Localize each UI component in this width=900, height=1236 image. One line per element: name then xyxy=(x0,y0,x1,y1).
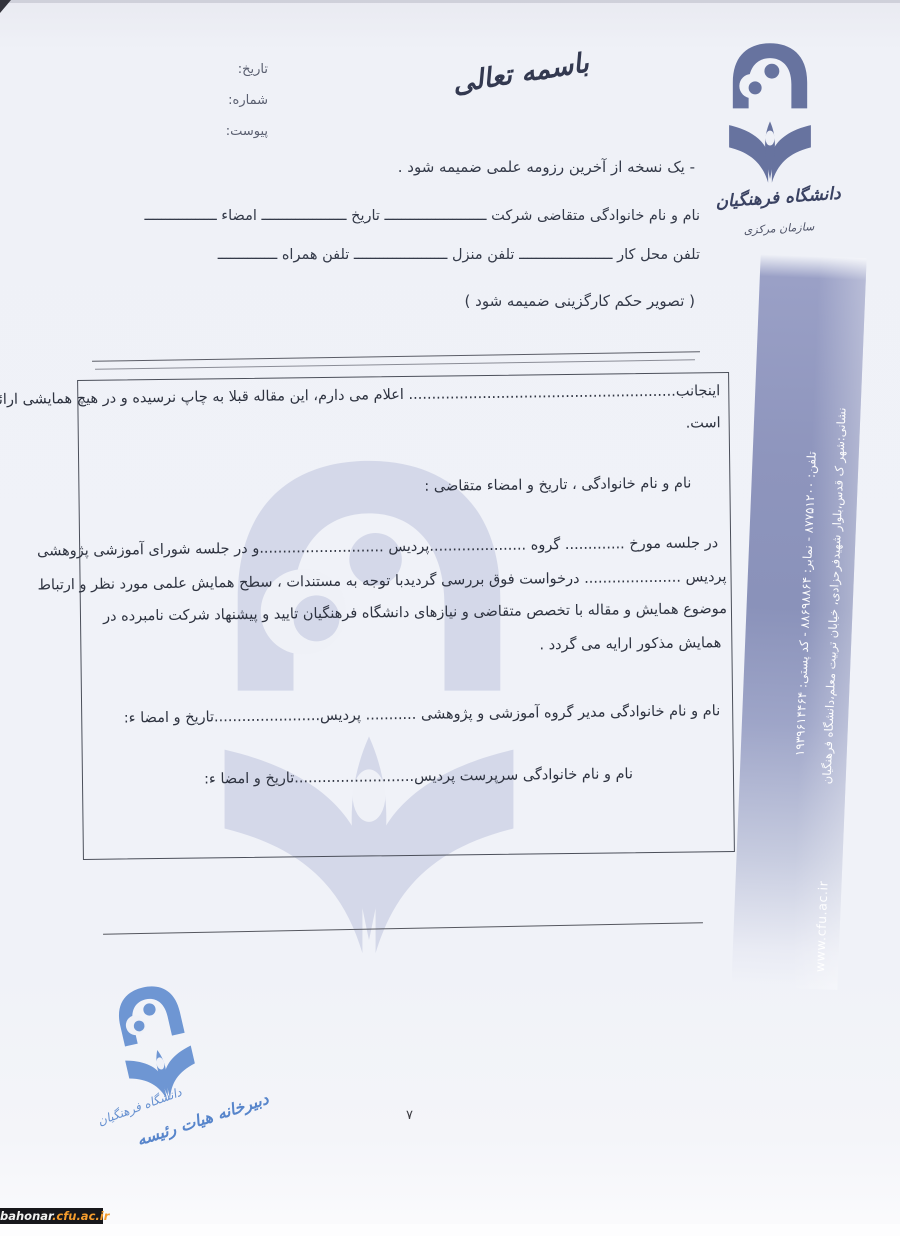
applicant-name-blank-line: نام و نام خانوادگی متقاضی شرکت ـــــــــ… xyxy=(144,208,700,224)
page-number: ۷ xyxy=(406,1108,413,1123)
date-label: تاریخ: xyxy=(226,54,268,85)
secretariat-stamp: دانشگاه فرهنگیان دبیرخانه هیات رئیسه xyxy=(75,941,349,1170)
scanned-document-page: تاریخ: شماره: پیوست: باسمه تعالی دانشگاه… xyxy=(0,0,900,1236)
site-watermark-rest: .cfu.ac.ir xyxy=(52,1209,109,1223)
attachment-label: پیوست: xyxy=(226,116,268,147)
council-paragraph-line2: پردیس ..................... درخواست فوق … xyxy=(38,569,727,593)
separator-rule-lower xyxy=(95,359,695,369)
sidebar-website: www.cfu.ac.ir xyxy=(812,842,832,972)
declaration-intro-line1: اینجانب.................................… xyxy=(0,383,720,408)
group-head-signature-line: نام و نام خانوادگی مدیر گروه آموزشی و پژ… xyxy=(124,703,721,726)
meta-labels: تاریخ: شماره: پیوست: xyxy=(226,54,268,147)
council-paragraph-line1: در جلسه مورخ ............. گروه ........… xyxy=(37,535,718,559)
note-decree: ( تصویر حکم کارگزینی ضمیمه شود ) xyxy=(465,292,695,310)
scan-corner-mark xyxy=(0,0,11,13)
declaration-box: اینجانب.................................… xyxy=(77,372,735,860)
site-watermark-bold: bahonar xyxy=(0,1209,52,1223)
site-watermark-badge: bahonar.cfu.ac.ir xyxy=(0,1208,103,1224)
council-paragraph-line3: موضوع همایش و مقاله با تخصص متقاضی و نیا… xyxy=(103,601,727,625)
declaration-intro-line2: است. xyxy=(686,415,721,431)
scan-edge-top xyxy=(0,0,900,3)
campus-supervisor-signature-line: نام و نام خانوادگی سرپرست پردیس.........… xyxy=(204,766,633,787)
applicant-signature-line: نام و نام خانوادگی ، تاریخ و امضاء متقاض… xyxy=(424,476,691,495)
sidebar-address: نشانی:شهر ک قدس،بلوار شهیدفرحزادی، خیابا… xyxy=(818,407,850,827)
besmellah-calligraphy: باسمه تعالی xyxy=(450,47,591,99)
university-subtitle: سازمان مرکزی xyxy=(732,220,827,238)
sidebar-contact-band: نشانی:شهر ک قدس،بلوار شهیدفرحزادی، خیابا… xyxy=(731,254,866,990)
scan-edge-bottom xyxy=(0,1224,900,1236)
council-paragraph-line4: همایش مذکور ارایه می گردد . xyxy=(539,635,721,653)
note-resume: - یک نسخه از آخرین رزومه علمی ضمیمه شود … xyxy=(398,158,695,176)
university-logo xyxy=(714,34,826,192)
number-label: شماره: xyxy=(226,85,268,116)
phones-blank-line: تلفن محل کار ــــــــــــــــــــــ تلفن… xyxy=(218,247,700,263)
